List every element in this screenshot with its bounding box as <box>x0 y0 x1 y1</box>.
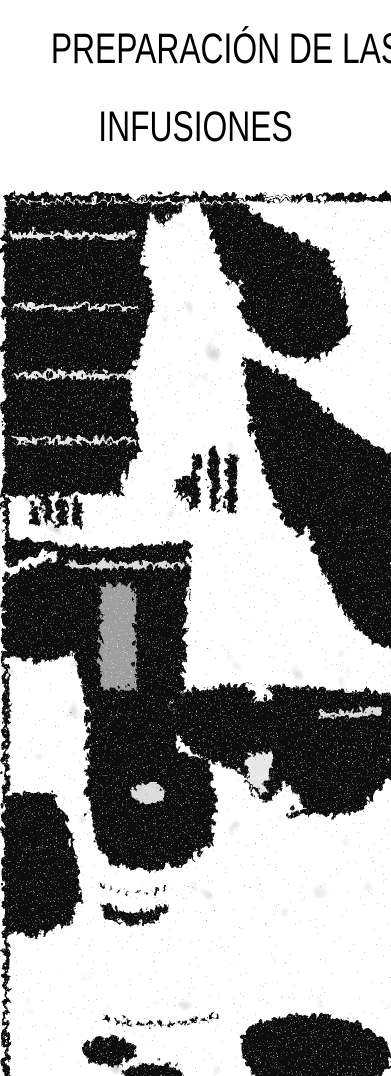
infusion-preparation-photo <box>0 190 391 1076</box>
white-grain <box>0 198 391 1076</box>
scanned-page: PREPARACIÓN DE LAS INFUSIONES <box>0 0 391 1076</box>
title-line-1: PREPARACIÓN DE LAS <box>51 28 340 71</box>
title-line-2: INFUSIONES <box>51 106 340 149</box>
halftone-photo-rendering <box>0 190 391 1076</box>
